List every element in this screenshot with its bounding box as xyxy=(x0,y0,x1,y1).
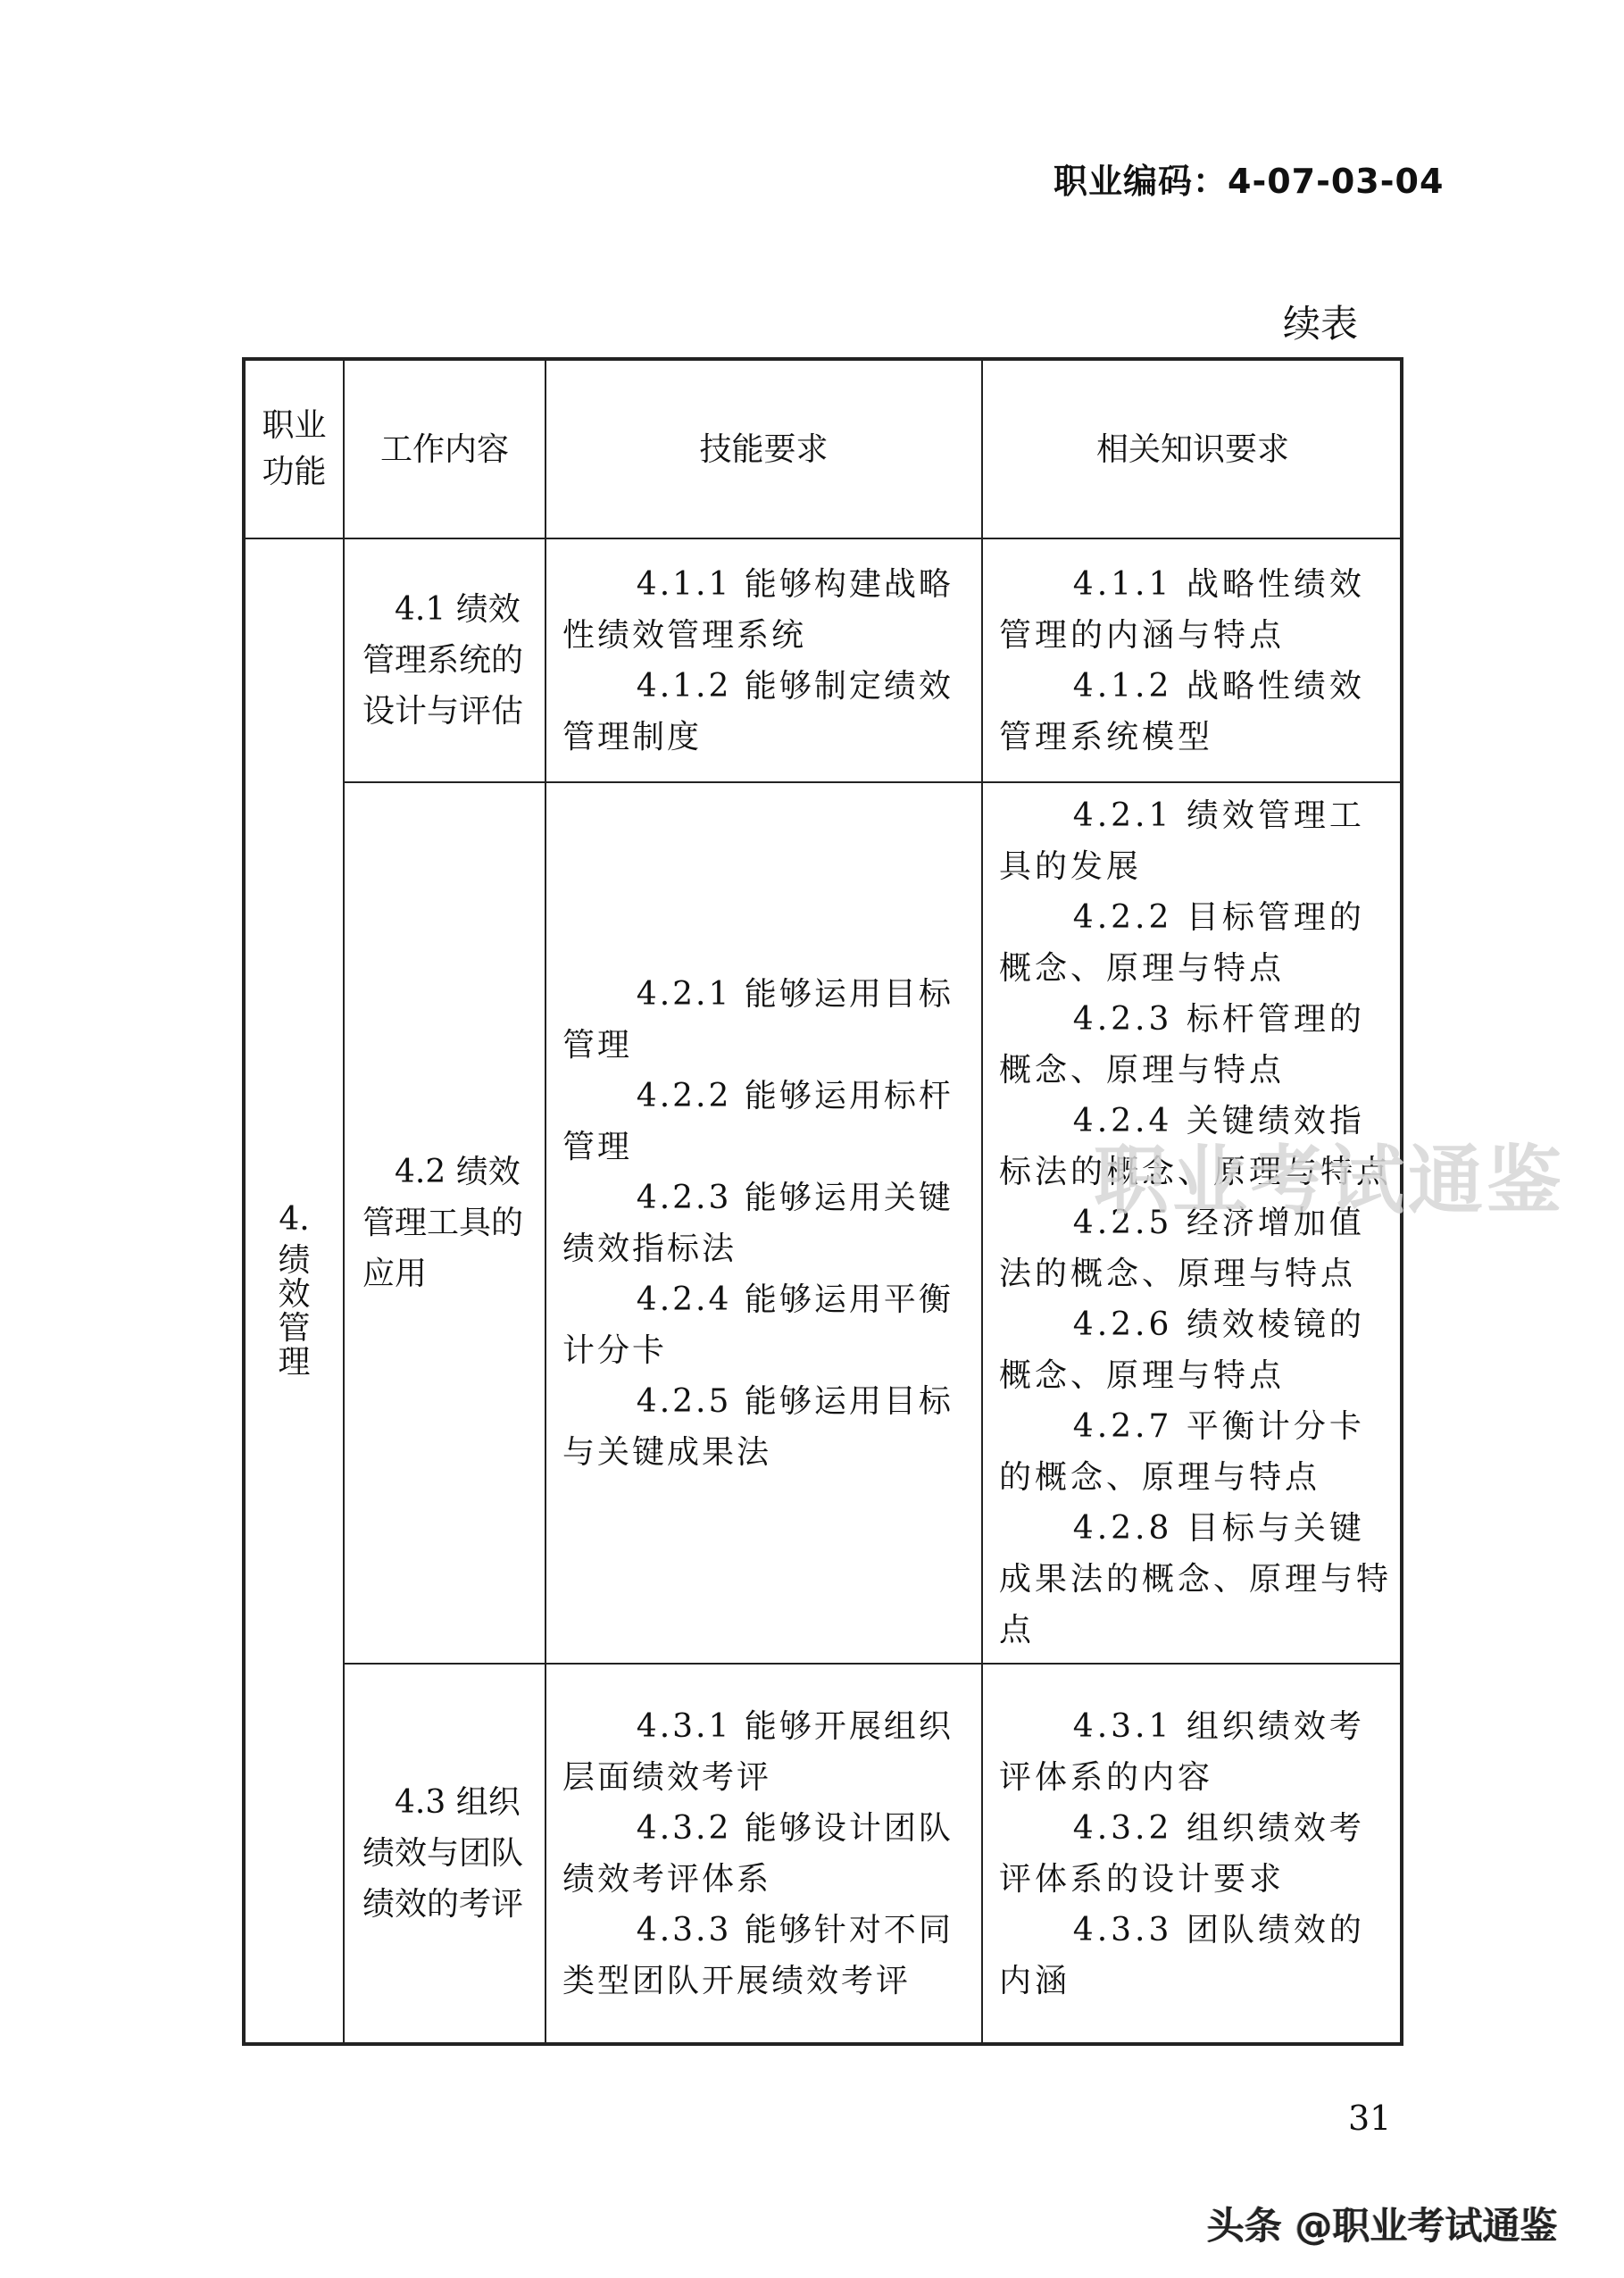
work-content-line: 管理系统的 xyxy=(362,635,539,686)
knowledge-item: 4.3.3 团队绩效的内涵 xyxy=(999,1905,1392,2007)
knowledge-cell: 4.1.1 战略性绩效管理的内涵与特点 4.1.2 战略性绩效管理系统模型 xyxy=(999,539,1392,781)
col-divider-2 xyxy=(545,361,546,2042)
skill-item: 4.2.3 能够运用关键绩效指标法 xyxy=(562,1172,964,1274)
skill-item: 4.3.3 能够针对不同类型团队开展绩效考评 xyxy=(562,1905,964,2007)
continued-table-label: 续表 xyxy=(1283,295,1358,348)
occupation-code: 职业编码：4-07-03-04 xyxy=(1054,154,1444,203)
col-divider-3 xyxy=(981,361,983,2042)
knowledge-item: 4.3.1 组织绩效考评体系的内容 xyxy=(999,1701,1392,1803)
knowledge-item: 4.1.2 战略性绩效管理系统模型 xyxy=(999,661,1392,763)
knowledge-item: 4.2.2 目标管理的概念、原理与特点 xyxy=(999,892,1392,994)
header-skill-requirements: 技能要求 xyxy=(546,361,981,538)
header-knowledge-requirements: 相关知识要求 xyxy=(983,361,1403,538)
work-content-cell: 4.3 组织 绩效与团队 绩效的考评 xyxy=(362,1665,539,2042)
header-occupational-function: 职业 功能 xyxy=(246,361,343,538)
knowledge-item: 4.2.6 绩效棱镜的概念、原理与特点 xyxy=(999,1299,1392,1401)
function-char: 效 xyxy=(278,1278,310,1312)
col-divider-1 xyxy=(343,361,345,2042)
skills-cell: 4.2.1 能够运用目标管理 4.2.2 能够运用标杆管理 4.2.3 能够运用… xyxy=(562,783,964,1663)
knowledge-item: 4.2.5 经济增加值法的概念、原理与特点 xyxy=(999,1197,1392,1299)
skill-item: 4.1.1 能够构建战略性绩效管理系统 xyxy=(562,559,964,661)
function-number: 4. xyxy=(279,1203,309,1237)
knowledge-cell: 4.3.1 组织绩效考评体系的内容 4.3.2 组织绩效考评体系的设计要求 4.… xyxy=(999,1665,1392,2042)
skill-item: 4.1.2 能够制定绩效管理制度 xyxy=(562,661,964,763)
skills-cell: 4.3.1 能够开展组织层面绩效考评 4.3.2 能够设计团队绩效考评体系 4.… xyxy=(562,1665,964,2042)
function-char: 理 xyxy=(278,1346,310,1380)
work-content-line: 4.1 绩效 xyxy=(362,584,539,635)
work-content-line: 绩效的考评 xyxy=(362,1879,539,1930)
knowledge-item: 4.1.1 战略性绩效管理的内涵与特点 xyxy=(999,559,1392,661)
knowledge-item: 4.2.4 关键绩效指标法的概念、原理与特点 xyxy=(999,1096,1392,1197)
skill-item: 4.2.2 能够运用标杆管理 xyxy=(562,1071,964,1172)
skill-item: 4.2.4 能够运用平衡计分卡 xyxy=(562,1274,964,1376)
work-content-line: 管理工具的 xyxy=(362,1197,539,1248)
source-footer: 头条 @职业考试通鉴 xyxy=(1207,2197,1558,2250)
page-number: 31 xyxy=(1348,2099,1391,2138)
work-content-line: 4.3 组织 xyxy=(362,1777,539,1828)
skills-cell: 4.1.1 能够构建战略性绩效管理系统 4.1.2 能够制定绩效管理制度 xyxy=(562,539,964,781)
skill-item: 4.3.2 能够设计团队绩效考评体系 xyxy=(562,1803,964,1905)
skill-item: 4.2.1 能够运用目标管理 xyxy=(562,969,964,1071)
work-content-cell: 4.1 绩效 管理系统的 设计与评估 xyxy=(362,539,539,781)
header-label-line: 职业 xyxy=(262,403,326,449)
skill-item: 4.3.1 能够开展组织层面绩效考评 xyxy=(562,1701,964,1803)
header-work-content: 工作内容 xyxy=(345,361,545,538)
knowledge-cell: 4.2.1 绩效管理工具的发展 4.2.2 目标管理的概念、原理与特点 4.2.… xyxy=(999,783,1392,1663)
work-content-line: 应用 xyxy=(362,1248,539,1299)
knowledge-item: 4.2.3 标杆管理的概念、原理与特点 xyxy=(999,994,1392,1096)
work-content-line: 4.2 绩效 xyxy=(362,1147,539,1197)
work-content-cell: 4.2 绩效 管理工具的 应用 xyxy=(362,783,539,1663)
work-content-line: 设计与评估 xyxy=(362,686,539,737)
occupational-function-cell: 4. 绩 效 管 理 xyxy=(246,539,343,2042)
function-char: 绩 xyxy=(278,1244,310,1278)
header-label-line: 功能 xyxy=(262,449,326,496)
knowledge-item: 4.2.7 平衡计分卡的概念、原理与特点 xyxy=(999,1401,1392,1503)
function-char: 管 xyxy=(278,1312,310,1346)
skill-item: 4.2.5 能够运用目标与关键成果法 xyxy=(562,1376,964,1478)
knowledge-item: 4.2.8 目标与关键成果法的概念、原理与特点 xyxy=(999,1503,1392,1656)
knowledge-item: 4.2.1 绩效管理工具的发展 xyxy=(999,790,1392,892)
knowledge-item: 4.3.2 组织绩效考评体系的设计要求 xyxy=(999,1803,1392,1905)
skills-table: 职业 功能 工作内容 技能要求 相关知识要求 4. 绩 效 管 理 4.1 绩效… xyxy=(242,357,1403,2046)
work-content-line: 绩效与团队 xyxy=(362,1828,539,1879)
